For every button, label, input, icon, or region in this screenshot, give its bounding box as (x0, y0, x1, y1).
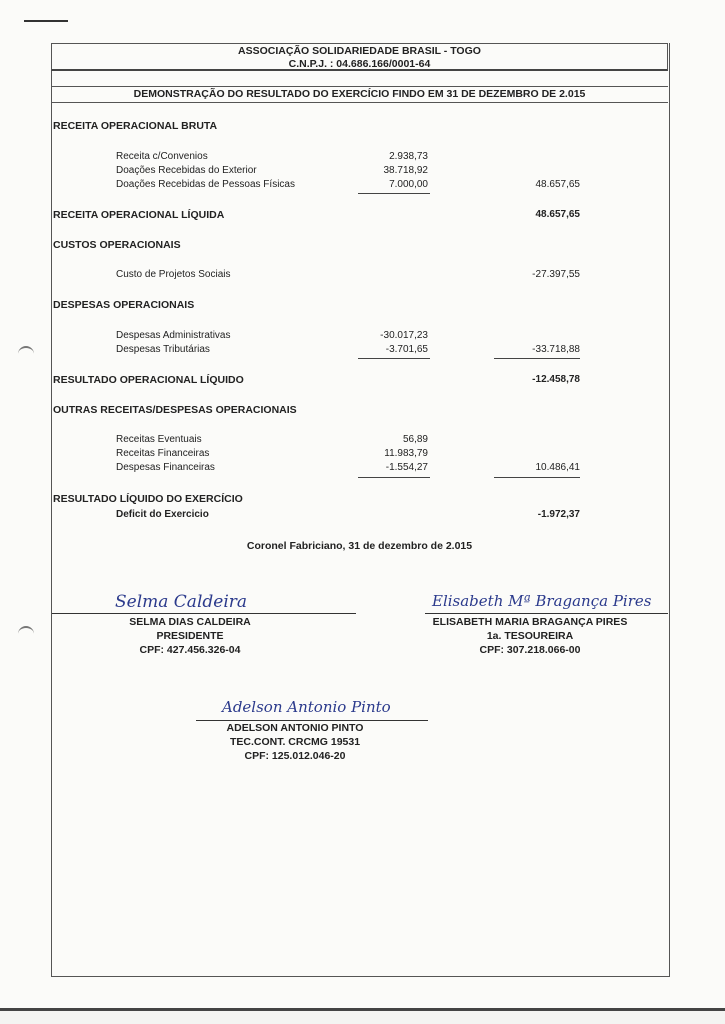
section-custos: CUSTOS OPERACIONAIS (0, 238, 725, 252)
section-label: RECEITA OPERACIONAL BRUTA (53, 119, 217, 133)
signatory-cpf: CPF: 125.012.046-20 (200, 749, 390, 763)
line-item: Deficit do Exercicio -1.972,37 (0, 508, 725, 522)
item-label: Doações Recebidas de Pessoas Físicas (116, 178, 295, 192)
item-value: 7.000,00 (328, 178, 428, 192)
section-outras: OUTRAS RECEITAS/DESPESAS OPERACIONAIS (0, 403, 725, 417)
item-label: Deficit do Exercicio (116, 508, 209, 522)
item-label: Receita c/Convenios (116, 150, 208, 164)
header-box: ASSOCIAÇÃO SOLIDARIEDADE BRASIL - TOGO C… (51, 43, 668, 71)
section-total: 48.657,65 (480, 178, 580, 192)
item-label: Receitas Financeiras (116, 447, 209, 461)
section-total: -33.718,88 (480, 343, 580, 357)
item-value: 56,89 (328, 433, 428, 447)
section-label: RESULTADO OPERACIONAL LÍQUIDO (53, 373, 244, 387)
line-item: Doações Recebidas do Exterior 38.718,92 (0, 164, 725, 178)
section-total: 48.657,65 (480, 208, 580, 222)
signatory-block: SELMA DIAS CALDEIRA PRESIDENTE CPF: 427.… (100, 615, 280, 657)
subtotal-underline (358, 193, 430, 194)
section-receita-bruta: RECEITA OPERACIONAL BRUTA (0, 119, 725, 133)
scan-mark (24, 20, 68, 22)
signatory-name: ADELSON ANTONIO PINTO (200, 721, 390, 735)
section-total: -12.458,78 (480, 373, 580, 387)
signature-line (52, 613, 356, 614)
signatory-role: TEC.CONT. CRCMG 19531 (200, 735, 390, 749)
item-label: Despesas Tributárias (116, 343, 210, 357)
item-label: Despesas Administrativas (116, 329, 231, 343)
signature-selma: Selma Caldeira (115, 592, 247, 612)
item-label: Doações Recebidas do Exterior (116, 164, 257, 178)
line-item: Receitas Eventuais 56,89 (0, 433, 725, 447)
section-receita-liquida: RECEITA OPERACIONAL LÍQUIDA 48.657,65 (0, 208, 725, 222)
line-item: Despesas Financeiras -1.554,27 10.486,41 (0, 461, 725, 475)
signatory-cpf: CPF: 307.218.066-00 (420, 643, 640, 657)
organization-name: ASSOCIAÇÃO SOLIDARIEDADE BRASIL - TOGO (52, 45, 667, 58)
signatory-role: 1a. TESOUREIRA (420, 629, 640, 643)
item-value: 11.983,79 (328, 447, 428, 461)
signature-elisabeth: Elisabeth Mª Bragança Pires (432, 592, 651, 610)
cnpj: C.N.P.J. : 04.686.166/0001-64 (52, 58, 667, 71)
line-item: Doações Recebidas de Pessoas Físicas 7.0… (0, 178, 725, 192)
signatory-block: ADELSON ANTONIO PINTO TEC.CONT. CRCMG 19… (200, 721, 390, 763)
line-item: Despesas Tributárias -3.701,65 -33.718,8… (0, 343, 725, 357)
signature-line (425, 613, 668, 614)
place-date: Coronel Fabriciano, 31 de dezembro de 2.… (51, 539, 668, 553)
total-underline (494, 477, 580, 478)
section-despesas: DESPESAS OPERACIONAIS (0, 298, 725, 312)
punch-hole-icon (18, 626, 34, 640)
total-underline (494, 358, 580, 359)
item-value: -1.554,27 (328, 461, 428, 475)
page-edge (0, 1008, 725, 1011)
section-total: -1.972,37 (480, 508, 580, 522)
subtotal-underline (358, 358, 430, 359)
section-resultado-liquido: RESULTADO LÍQUIDO DO EXERCÍCIO (0, 492, 725, 506)
signatory-block: ELISABETH MARIA BRAGANÇA PIRES 1a. TESOU… (420, 615, 640, 657)
statement-title: DEMONSTRAÇÃO DO RESULTADO DO EXERCÍCIO F… (51, 87, 668, 103)
item-value: -30.017,23 (328, 329, 428, 343)
line-item: Despesas Administrativas -30.017,23 (0, 329, 725, 343)
item-label: Receitas Eventuais (116, 433, 202, 447)
item-value: 38.718,92 (328, 164, 428, 178)
section-label: DESPESAS OPERACIONAIS (53, 298, 194, 312)
item-label: Despesas Financeiras (116, 461, 215, 475)
signatory-cpf: CPF: 427.456.326-04 (100, 643, 280, 657)
section-total: -27.397,55 (480, 268, 580, 282)
item-value: -3.701,65 (328, 343, 428, 357)
line-item: Receita c/Convenios 2.938,73 (0, 150, 725, 164)
item-value: 2.938,73 (328, 150, 428, 164)
line-item: Custo de Projetos Sociais -27.397,55 (0, 268, 725, 282)
section-label: RESULTADO LÍQUIDO DO EXERCÍCIO (53, 492, 243, 506)
item-label: Custo de Projetos Sociais (116, 268, 231, 282)
section-resultado-operacional: RESULTADO OPERACIONAL LÍQUIDO -12.458,78 (0, 373, 725, 387)
header-spacer (51, 71, 668, 87)
section-label: OUTRAS RECEITAS/DESPESAS OPERACIONAIS (53, 403, 297, 417)
subtotal-underline (358, 477, 430, 478)
line-item: Receitas Financeiras 11.983,79 (0, 447, 725, 461)
signatory-name: SELMA DIAS CALDEIRA (100, 615, 280, 629)
section-label: CUSTOS OPERACIONAIS (53, 238, 181, 252)
signature-adelson: Adelson Antonio Pinto (222, 698, 391, 716)
signatory-name: ELISABETH MARIA BRAGANÇA PIRES (420, 615, 640, 629)
signatory-role: PRESIDENTE (100, 629, 280, 643)
section-label: RECEITA OPERACIONAL LÍQUIDA (53, 208, 224, 222)
section-total: 10.486,41 (480, 461, 580, 475)
